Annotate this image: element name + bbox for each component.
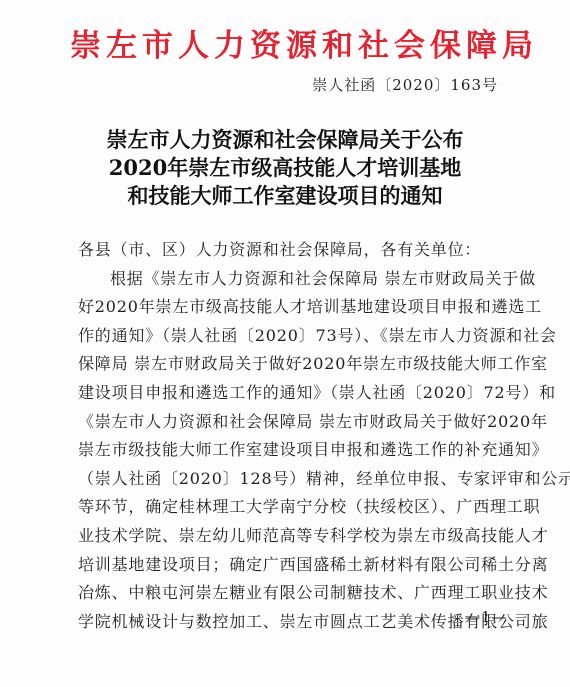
body-line: （崇人社函〔2020〕128号）精神，经单位申报、专家评审和公示 [78,465,508,494]
title-line: 崇左市人力资源和社会保障局关于公布 [0,126,570,154]
body-line: 业技术学院、崇左幼儿师范高等专科学校为崇左市级高技能人才 [78,522,508,551]
title-line: 和技能大师工作室建设项目的通知 [0,182,570,210]
document-number: 崇人社函〔2020〕163号 [312,74,498,96]
page-number: —1— [465,608,508,626]
salutation: 各县（市、区）人力资源和社会保障局，各有关单位： [78,236,508,265]
body-line: 培训基地建设项目；确定广西国盛稀土新材料有限公司稀土分离 [78,551,508,580]
body-line: 保障局 崇左市财政局关于做好2020年崇左市级技能大师工作室 [78,350,508,379]
title-line: 2020年崇左市级高技能人才培训基地 [0,154,570,182]
notice-title: 崇左市人力资源和社会保障局关于公布 2020年崇左市级高技能人才培训基地 和技能… [0,126,570,210]
organization-header: 崇左市人力资源和社会保障局 [70,24,502,68]
body-line: 等环节，确定桂林理工大学南宁分校（扶绥校区）、广西理工职 [78,493,508,522]
body-line: 根据《崇左市人力资源和社会保障局 崇左市财政局关于做 [78,265,508,294]
body-line: 学院机械设计与数控加工、崇左市圆点工艺美术传播有限公司旅 [78,608,508,637]
body-line: 《崇左市人力资源和社会保障局 崇左市财政局关于做好2020年 [78,408,508,437]
body-line: 作的通知》（崇人社函〔2020〕73号）、《崇左市人力资源和社会 [78,322,508,351]
body-line: 建设项目申报和遴选工作的通知》（崇人社函〔2020〕72号）和 [78,379,508,408]
body-text: 各县（市、区）人力资源和社会保障局，各有关单位： 根据《崇左市人力资源和社会保障… [78,236,508,636]
body-line: 冶炼、中粮屯河崇左糖业有限公司制糖技术、广西理工职业技术 [78,579,508,608]
document-page: 崇左市人力资源和社会保障局 崇人社函〔2020〕163号 崇左市人力资源和社会保… [0,0,570,687]
body-line: 好2020年崇左市级高技能人才培训基地建设项目申报和遴选工 [78,293,508,322]
body-line: 崇左市级技能大师工作室建设项目申报和遴选工作的补充通知》 [78,436,508,465]
